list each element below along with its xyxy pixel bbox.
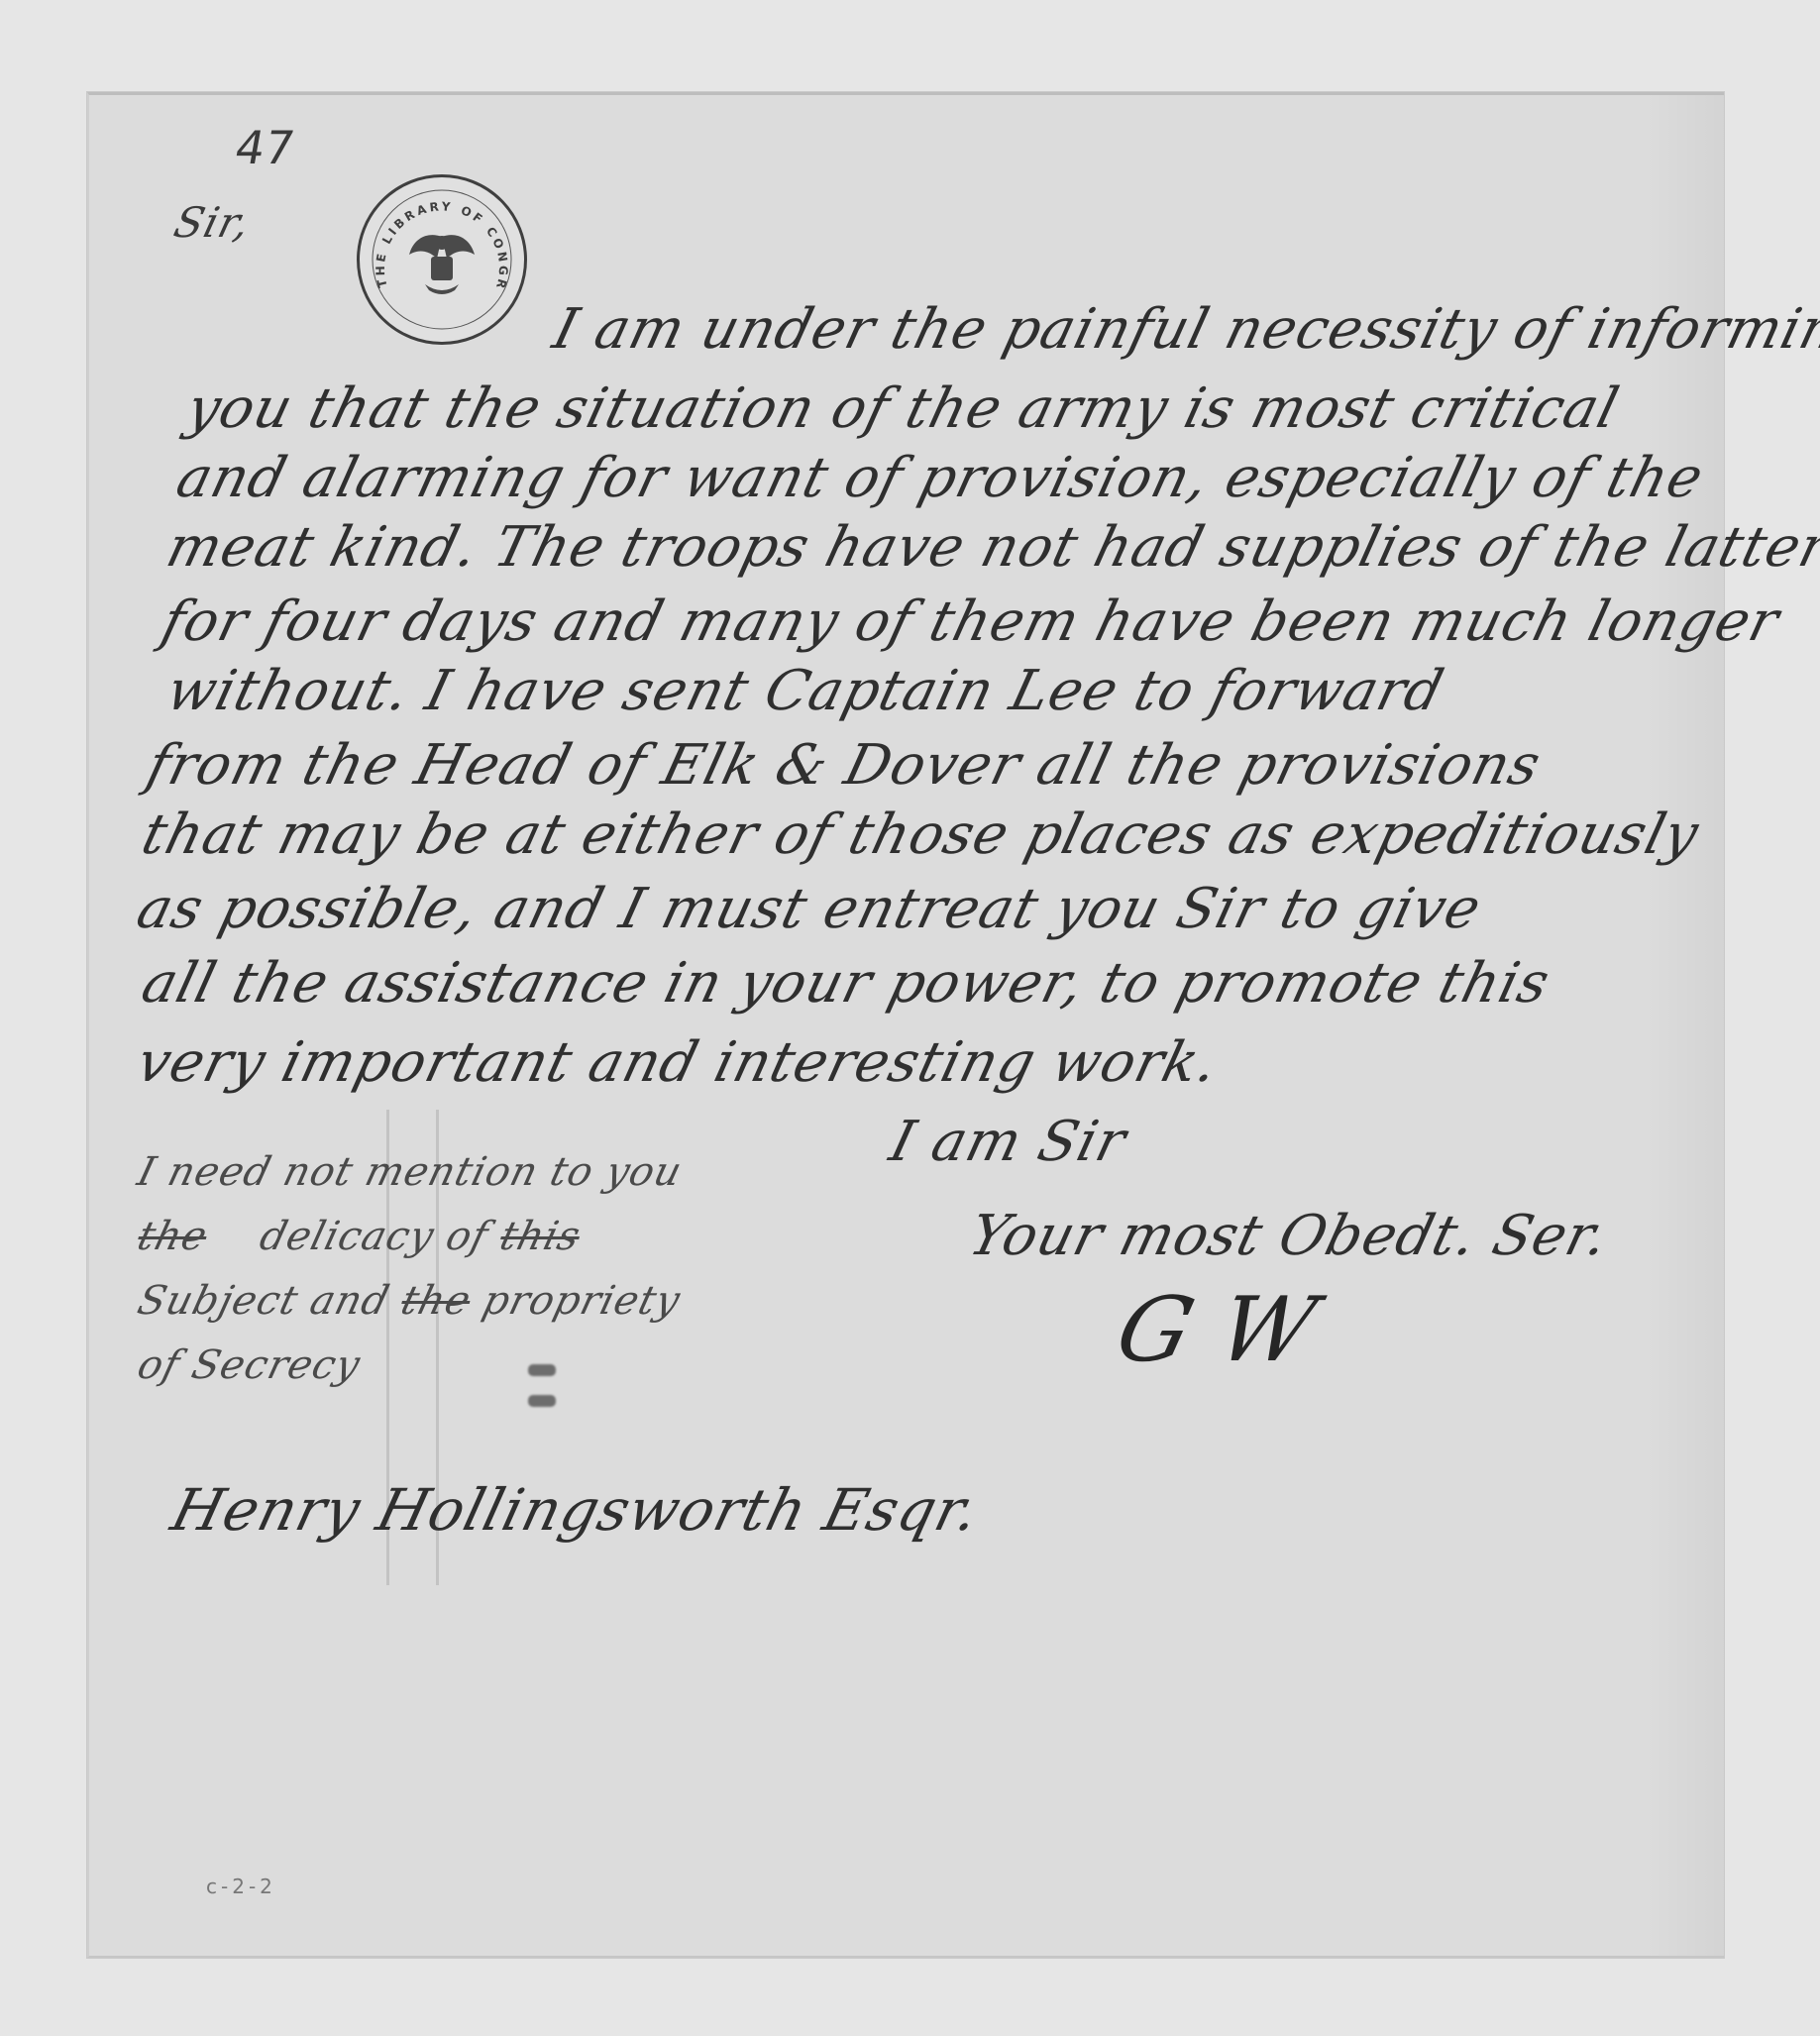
body-line-2: you that the situation of the army is mo… — [180, 376, 1626, 441]
catalog-code: c-2-2 — [206, 1875, 276, 1898]
body-line-5: for four days and many of them have been… — [156, 589, 1786, 654]
body-line-7: from the Head of Elk & Dover all the pro… — [141, 733, 1548, 798]
closing-line-2: Your most Obedt. Ser. — [963, 1204, 1615, 1268]
library-of-congress-stamp: THE LIBRARY OF CONGRESS — [357, 174, 527, 345]
struck-word: the — [133, 1214, 212, 1259]
struck-word: this — [495, 1214, 586, 1259]
closing-line-1: I am Sir — [884, 1110, 1132, 1174]
postscript-line-3: Subject and the propriety — [133, 1278, 685, 1324]
body-line-11: very important and interesting work. — [131, 1030, 1225, 1095]
eagle-seal-icon: THE LIBRARY OF CONGRESS — [360, 177, 524, 342]
struck-word: the — [396, 1278, 476, 1324]
ink-smudge — [528, 1395, 556, 1407]
postscript-text: propriety — [478, 1278, 685, 1324]
body-line-4: meat kind. The troops have not had suppl… — [161, 515, 1820, 580]
postscript-line-1: I need not mention to you — [133, 1149, 687, 1195]
page-number: 47 — [231, 121, 298, 174]
body-line-6: without. I have sent Captain Lee to forw… — [161, 659, 1450, 723]
postscript-text: Subject and — [133, 1278, 394, 1324]
postscript-text: delicacy of — [256, 1214, 493, 1259]
body-line-8: that may be at either of those places as… — [136, 803, 1705, 867]
manuscript-page — [87, 92, 1724, 1958]
body-line-9: as possible, and I must entreat you Sir … — [131, 877, 1488, 941]
body-line-1: I am under the painful necessity of info… — [547, 297, 1820, 362]
postscript-line-4: of Secrecy — [133, 1342, 365, 1388]
addressee: Henry Hollingsworth Esqr. — [165, 1476, 987, 1544]
body-line-10: all the assistance in your power, to pro… — [136, 951, 1556, 1016]
ink-smudge — [528, 1364, 556, 1376]
signature: G W — [1107, 1278, 1327, 1382]
body-line-3: and alarming for want of provision, espe… — [170, 446, 1710, 510]
postscript-line-2: the delicacy of this — [133, 1214, 585, 1259]
page-shadow — [1645, 95, 1724, 1956]
salutation: Sir, — [169, 198, 256, 247]
